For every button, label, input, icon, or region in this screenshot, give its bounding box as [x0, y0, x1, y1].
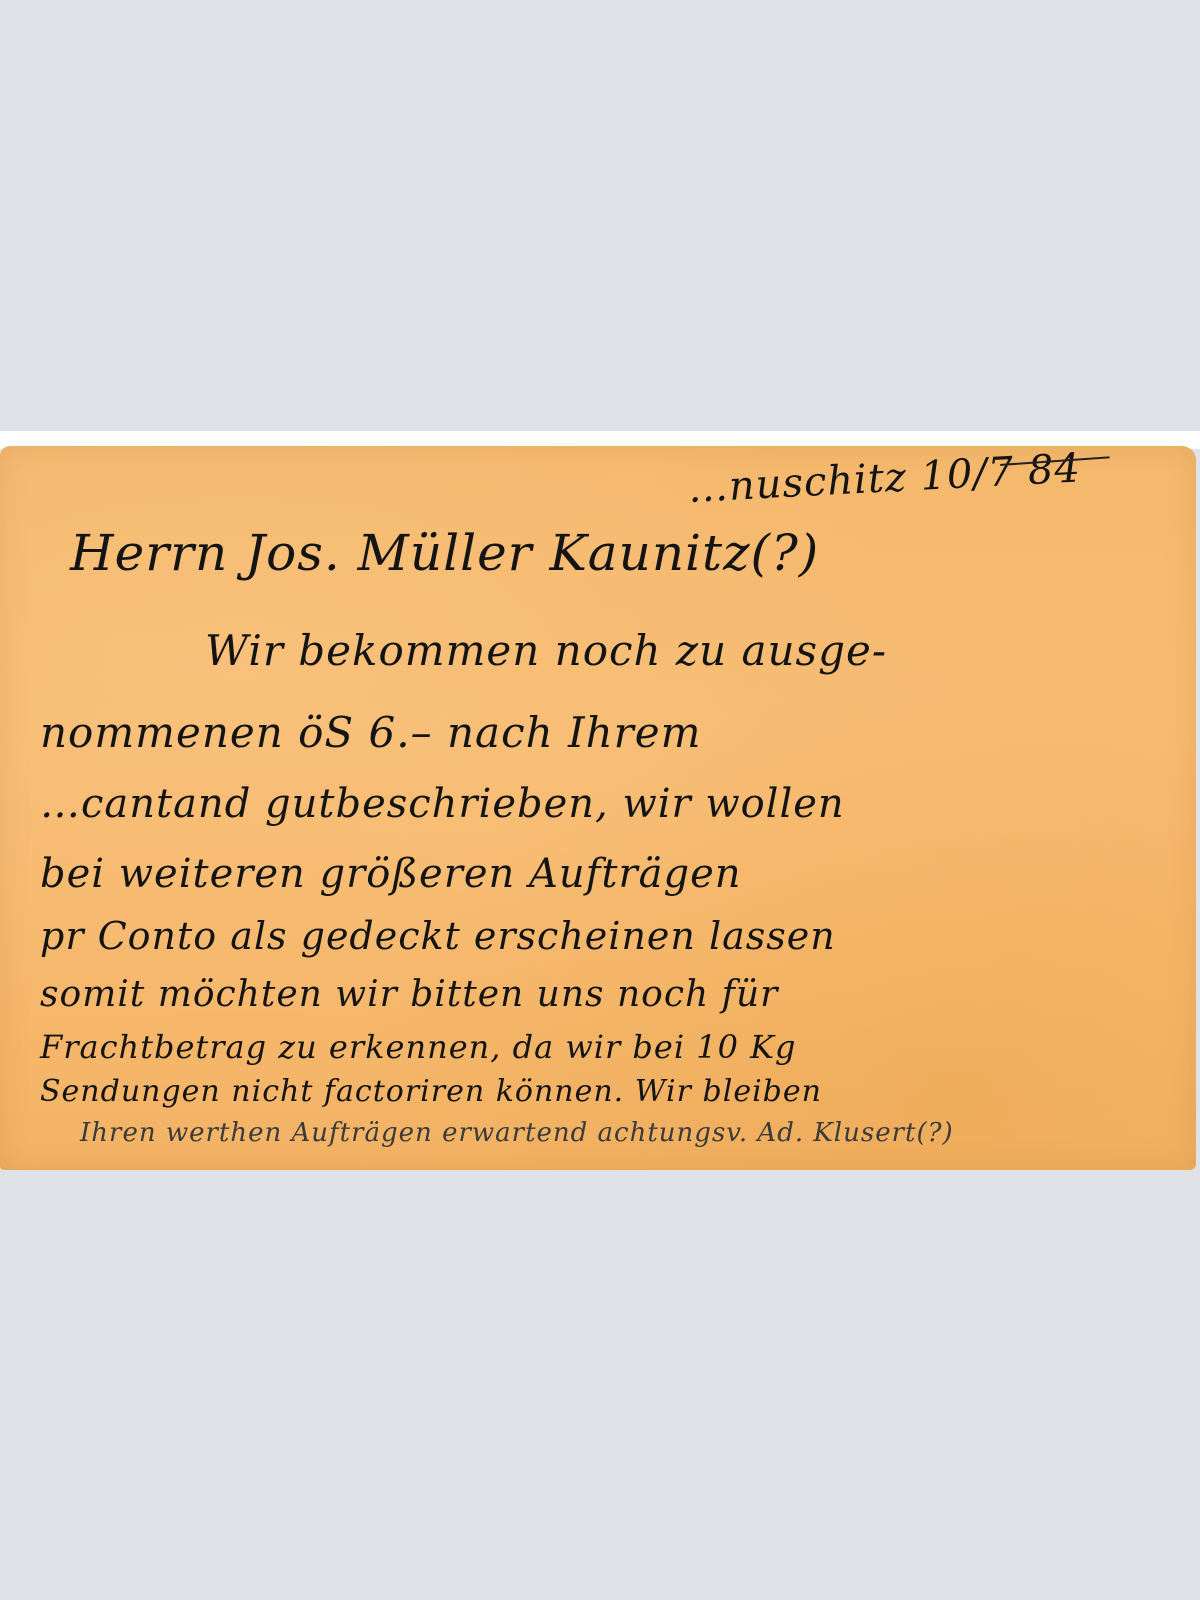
body-line-5: pr Conto als gedeckt erscheinen lassen [40, 914, 836, 958]
body-line-7: Frachtbetrag zu erkennen, da wir bei 10 … [40, 1028, 797, 1066]
body-line-6: somit möchten wir bitten uns noch für [40, 974, 778, 1015]
body-line-8: Sendungen nicht factoriren können. Wir b… [40, 1074, 822, 1109]
salutation-line: Herrn Jos. Müller Kaunitz(?) [70, 524, 819, 582]
body-line-4: bei weiteren größeren Aufträgen [40, 851, 742, 897]
body-line-2: nommenen öS 6.– nach Ihrem [40, 708, 701, 757]
body-line-9-closing: Ihren werthen Aufträgen erwartend achtun… [80, 1118, 954, 1148]
body-line-3: …cantand gutbeschrieben, wir wollen [40, 781, 845, 827]
place-date-line: …nuschitz 10/7 84 [687, 446, 1082, 512]
body-line-1: Wir bekommen noch zu ausge- [205, 626, 887, 675]
postcard: …nuschitz 10/7 84 Herrn Jos. Müller Kaun… [0, 446, 1196, 1170]
